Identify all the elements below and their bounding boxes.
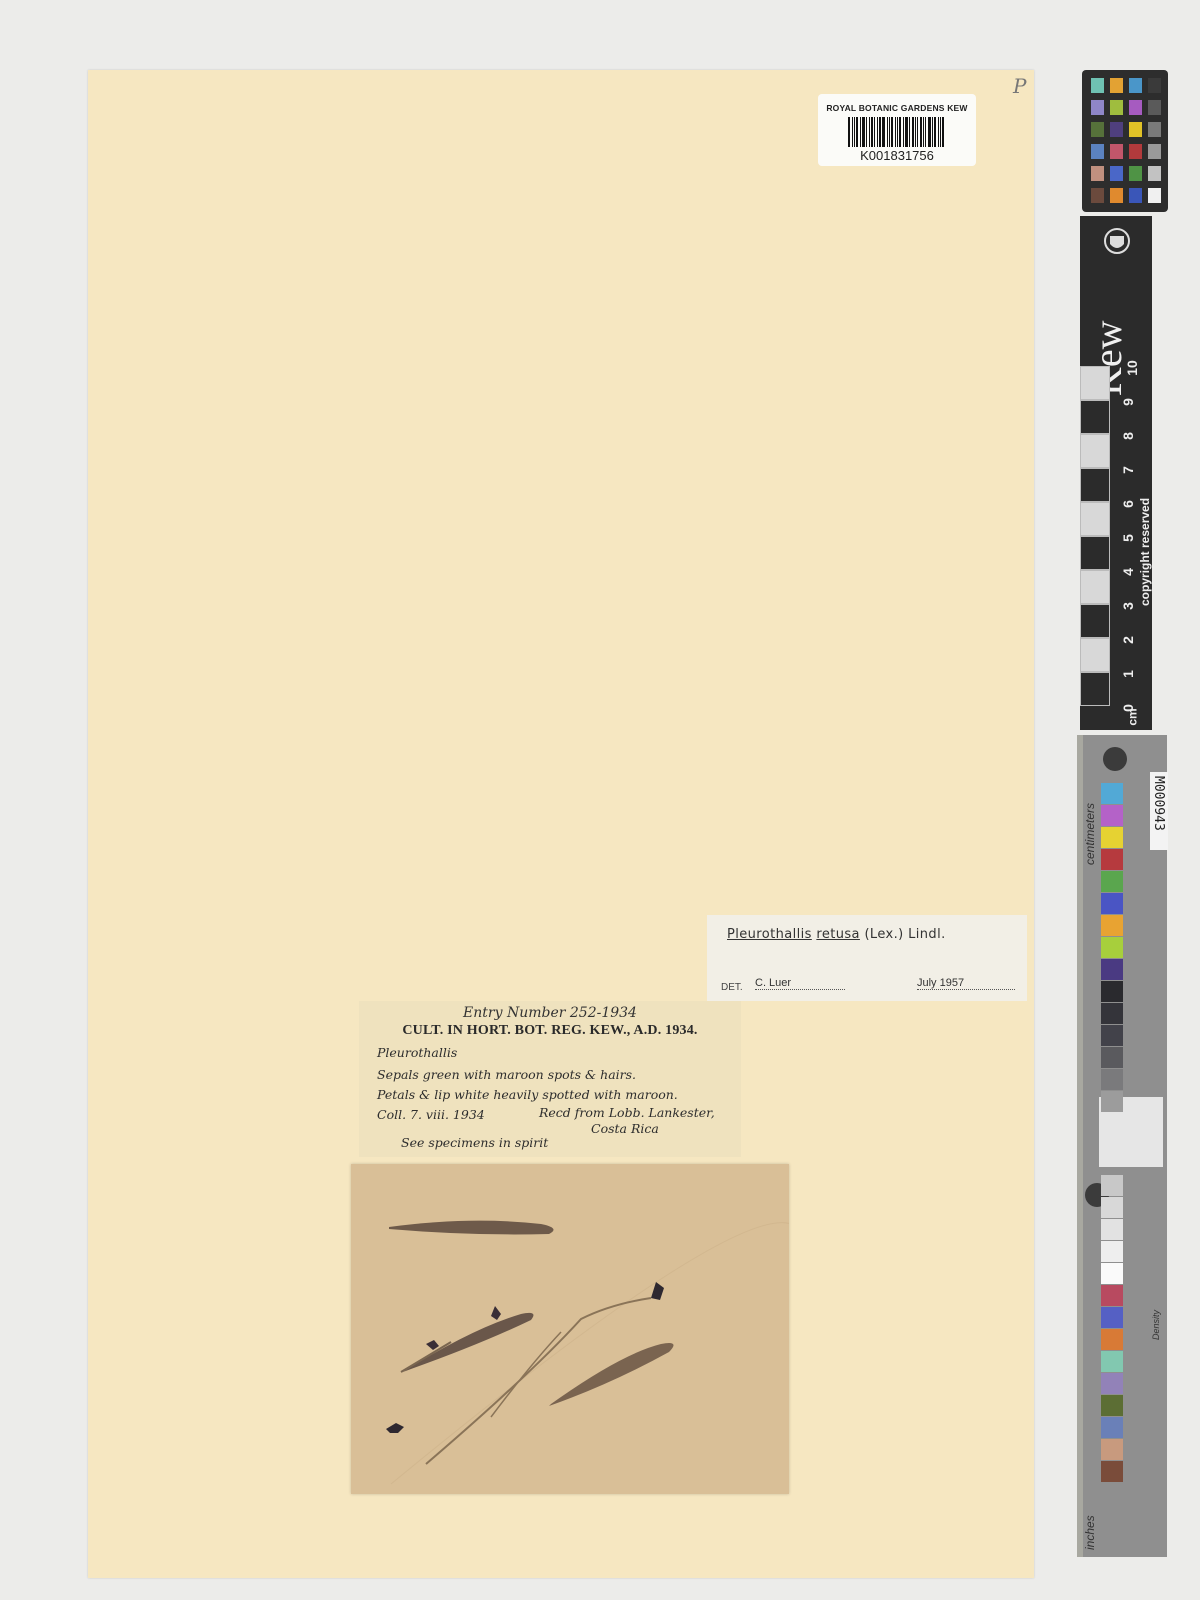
colour-swatch [1110,78,1123,93]
barcode-bar [934,117,936,147]
colour-patch [1101,849,1123,870]
received-from: Recd from Lobb. Lankester, [539,1105,715,1120]
colour-swatch [1148,144,1161,159]
colour-patch [1101,1219,1123,1240]
barcode-bar [897,117,898,147]
colour-patch [1101,1197,1123,1218]
barcode-number: K001831756 [818,148,976,163]
genus: Pleurothallis [727,927,812,942]
cm-mark: 9 [1120,398,1136,406]
colour-patch [1101,1091,1123,1112]
colour-swatch [1091,100,1104,115]
colour-patch [1101,1417,1123,1438]
colour-swatch [1091,78,1104,93]
colour-swatch [1110,166,1123,181]
colour-patch [1101,959,1123,980]
barcode-bar [860,117,861,147]
barcode-bar [869,117,870,147]
taxon-name: Pleurothallis retusa (Lex.) Lindl. [727,927,946,942]
cultivation-title: CULT. IN HORT. BOT. REG. KEW., A.D. 1934… [359,1023,741,1039]
colour-patch [1101,1395,1123,1416]
barcode-bar [917,117,918,147]
cm-mark: 6 [1120,500,1136,508]
cm-segment [1080,468,1110,502]
colour-patch [1101,1241,1123,1262]
colour-swatch [1129,144,1142,159]
barcode-bar [923,117,924,147]
grey-scale-ruler: centimeters inches Density Don Williams [1077,735,1167,1557]
cm-unit-label: cm [1126,708,1140,725]
barcode-bar [866,117,867,147]
barcode-bar [848,117,850,147]
colour-patch [1101,827,1123,848]
barcode-bar [899,117,901,147]
cm-segment [1080,638,1110,672]
barcode-bar [928,117,931,147]
barcode-bar [942,117,944,147]
determination-date: July 1957 [917,977,1015,990]
barcode-bar [915,117,916,147]
colour-patch [1101,915,1123,936]
density-label: Density [1151,1310,1161,1340]
determiner: C. Luer [755,977,845,990]
colour-swatch [1129,100,1142,115]
pressed-orchid-specimen [351,1164,789,1494]
colour-swatch [1129,188,1142,203]
colour-swatch [1110,144,1123,159]
label-petals: Petals & lip white heavily spotted with … [377,1087,678,1102]
cm-segment [1080,604,1110,638]
cm-segment [1080,570,1110,604]
colour-swatch [1148,166,1161,181]
spirit-note: See specimens in spirit [401,1135,548,1150]
determination-slip: Pleurothallis retusa (Lex.) Lindl. DET. … [707,915,1027,1001]
colour-chart [1082,70,1168,212]
cm-segment [1080,366,1110,400]
barcode-bar [879,117,881,147]
cm-mark: 4 [1120,568,1136,576]
barcode-icon [846,117,948,147]
colour-patch [1101,1373,1123,1394]
barcode-bar [862,117,865,147]
barcode-bar [920,117,922,147]
barcode-bar [895,117,896,147]
cm-mark: 10 [1124,360,1140,376]
barcode-bar [925,117,926,147]
copyright-text: copyright reserved [1138,498,1152,606]
colour-patch [1101,1285,1123,1306]
kew-crest-icon [1100,224,1134,258]
colour-patch [1101,1329,1123,1350]
kew-scale-ruler: Kew 012345678910 copyright reserved cm [1080,216,1152,730]
target-dot-icon [1103,747,1127,771]
colour-patch [1101,1351,1123,1372]
reference-id-label: M000943 [1150,772,1168,850]
barcode-bar [905,117,908,147]
colour-swatch [1110,122,1123,137]
cm-scale: 012345678910 [1080,366,1120,730]
colour-patch [1101,783,1123,804]
colour-patch [1101,893,1123,914]
cm-mark: 7 [1120,466,1136,474]
cm-segment [1080,672,1110,706]
cultivation-label: Entry Number 252-1934 CULT. IN HORT. BOT… [359,1001,741,1157]
barcode-label: ROYAL BOTANIC GARDENS KEW K001831756 [818,94,976,166]
collection-date: Coll. 7. viii. 1934 [377,1107,485,1122]
cm-mark: 2 [1120,636,1136,644]
institution-name: ROYAL BOTANIC GARDENS KEW [818,103,976,113]
barcode-bar [891,117,893,147]
inches-label: inches [1083,1515,1097,1550]
colour-patch [1101,805,1123,826]
specimen-packet [351,1164,789,1494]
colour-patch [1101,937,1123,958]
barcode-bar [852,117,853,147]
barcode-bar [909,117,910,147]
colour-patch [1101,1175,1123,1196]
colour-patch [1101,1263,1123,1284]
colour-swatch [1110,100,1123,115]
colour-swatch [1129,78,1142,93]
colour-patch [1101,1003,1123,1024]
colour-swatch [1148,122,1161,137]
colour-swatch [1148,78,1161,93]
barcode-bar [887,117,888,147]
sheet-mark: P [1013,74,1026,98]
barcode-bar [940,117,941,147]
colour-patch [1101,1047,1123,1068]
reference-id: M000943 [1151,776,1166,831]
colour-patch [1101,1025,1123,1046]
barcode-bar [882,117,885,147]
colour-swatch [1129,122,1142,137]
colour-swatch [1148,100,1161,115]
label-sepals: Sepals green with maroon spots & hairs. [377,1067,636,1082]
cm-mark: 1 [1120,670,1136,678]
colour-swatch [1148,188,1161,203]
colour-patch [1101,1461,1123,1482]
colour-swatch [1091,166,1104,181]
colour-swatch [1091,188,1104,203]
cm-segment [1080,434,1110,468]
species: retusa [816,927,860,942]
cm-segment [1080,502,1110,536]
cm-mark: 5 [1120,534,1136,542]
barcode-bar [874,117,875,147]
colour-patch [1101,1069,1123,1090]
entry-number: Entry Number 252-1934 [359,1005,741,1021]
colour-patch [1101,1307,1123,1328]
centimeters-label: centimeters [1083,803,1097,865]
locality: Costa Rica [591,1121,659,1136]
cm-mark: 8 [1120,432,1136,440]
barcode-bar [912,117,914,147]
colour-swatch [1091,122,1104,137]
barcode-bar [871,117,873,147]
barcode-bar [854,117,855,147]
colour-patch [1101,981,1123,1002]
label-genus: Pleurothallis [377,1045,457,1060]
det-label: DET. [721,982,743,993]
barcode-bar [856,117,858,147]
cm-segment [1080,400,1110,434]
barcode-bar [877,117,878,147]
colour-swatch [1091,144,1104,159]
colour-swatch [1129,166,1142,181]
authority: (Lex.) Lindl. [864,927,945,942]
barcode-bar [889,117,890,147]
barcode-bar [938,117,939,147]
cm-mark: 3 [1120,602,1136,610]
colour-swatch [1110,188,1123,203]
colour-patch [1101,871,1123,892]
colour-patch [1101,1439,1123,1460]
barcode-bar [932,117,933,147]
barcode-bar [903,117,904,147]
cm-segment [1080,536,1110,570]
